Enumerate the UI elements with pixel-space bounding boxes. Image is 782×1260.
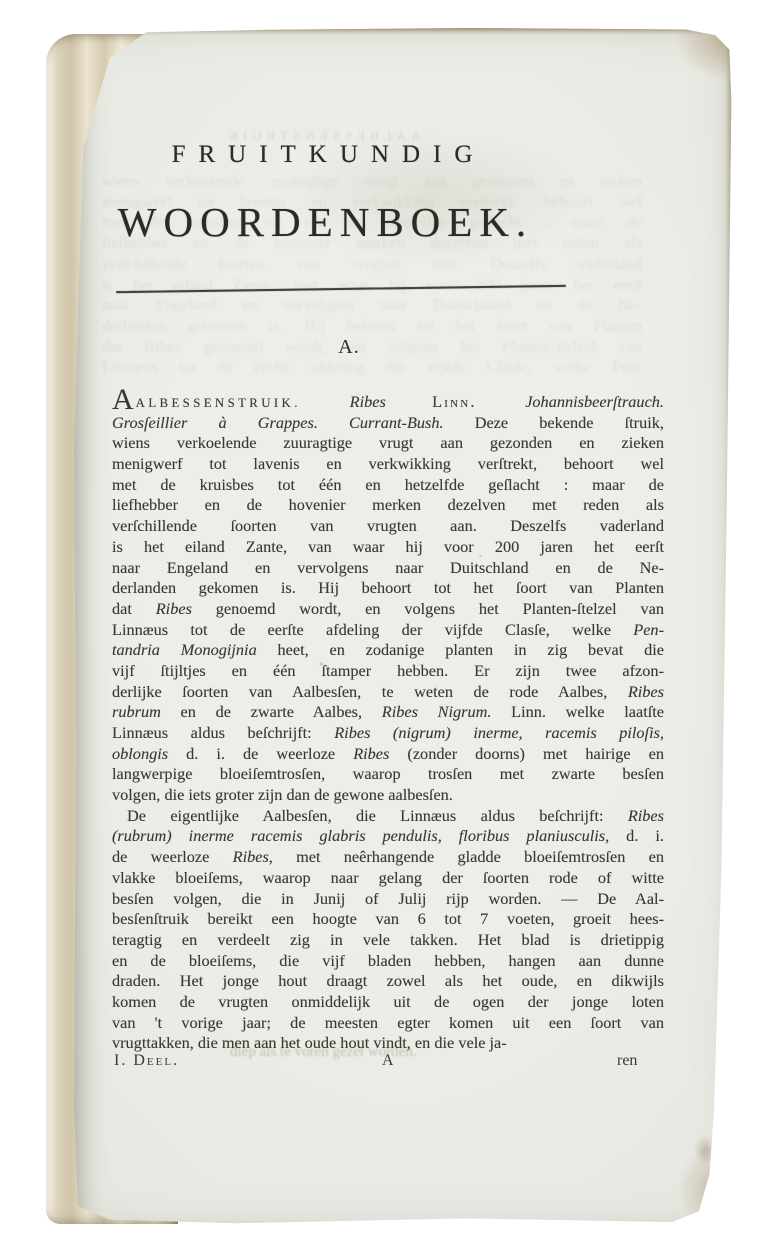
text-line: is het eiland Zante, van waar hij voor 2… xyxy=(112,537,664,558)
text-line: dat Ribes genoemd wordt, en volgens het … xyxy=(112,599,664,620)
entry-word: ALBESSENSTRUIK. xyxy=(136,396,350,410)
italic-text: Ribes xyxy=(350,392,432,411)
volume-label: I. Deel. xyxy=(114,1052,179,1070)
text-line: teragtig en verdeelt zig in vele takken.… xyxy=(112,930,664,951)
text-line: vrugttakken, die men aan het oude hout v… xyxy=(112,1033,664,1054)
text-line: liefhebber en de hovenier merken dezelve… xyxy=(112,495,664,516)
text-line: wiens verkoelende zuuragtige vrugt aan g… xyxy=(112,433,664,454)
text-line: draden. Het jonge hout draagt zowel als … xyxy=(112,971,664,992)
text-segment: volgen, die iets groter zijn dan de gewo… xyxy=(112,785,453,804)
text-segment: naar Engeland en vervolgens naar Duitsch… xyxy=(112,558,664,577)
italic-text: rubrum xyxy=(112,702,161,721)
section-heading: A. xyxy=(70,336,574,359)
text-line: derlanden gekomen is. Hij behoort tot he… xyxy=(112,578,664,599)
text-segment: (zonder doorns) met hairige en xyxy=(389,744,664,763)
italic-text: Ribes xyxy=(628,682,664,701)
italic-text: oblongis xyxy=(112,744,168,763)
text-segment: derlijke ſoorten van Aalbesſen, te weten… xyxy=(112,682,628,701)
text-segment: teragtig en verdeelt zig in vele takken.… xyxy=(112,930,664,949)
text-line: Grosſeillier à Grappes. Currant-Bush. De… xyxy=(112,413,664,434)
italic-text: Ribes xyxy=(628,806,664,825)
text-segment: en de zwarte Aalbes, xyxy=(161,702,382,721)
italic-text: Ribes Nigrum. xyxy=(382,702,492,721)
text-line: met de kruisbes tot één en hetzelfde geſ… xyxy=(112,475,664,496)
text-line: oblongis d. i. de weerloze Ribes (zonder… xyxy=(112,744,664,765)
italic-text: tandria Monogijnia xyxy=(112,640,257,659)
text-segment: verſchillende ſoorten van vrugten aan. D… xyxy=(112,516,664,535)
showthrough-line: naar Engeland en vervolgens naar Duitsch… xyxy=(102,295,642,316)
showthrough-line: wiens verkoelende zuuragtige vrugt aan g… xyxy=(102,171,642,192)
italic-text: Johannisbeerſtrauch. xyxy=(525,392,664,411)
text-segment: , d. i. xyxy=(605,826,664,845)
text-segment: de weerloze xyxy=(112,847,233,866)
text-segment: d. i. de weerloze xyxy=(168,744,353,763)
text-segment: genoemd wordt, en volgens het Planten-ſt… xyxy=(192,599,664,618)
text-segment: De eigentlijke Aalbesſen, die Linnæus al… xyxy=(127,806,628,825)
text-segment: , met neêrhangende gladde bloeiſemtrosſe… xyxy=(269,847,664,866)
text-segment: vrugttakken, die men aan het oude hout v… xyxy=(112,1033,507,1052)
text-segment: Deze bekende ſtruik, xyxy=(475,413,664,432)
showthrough-line: derlanden gekomen is. Hij behoort tot he… xyxy=(102,316,642,337)
text-line: De eigentlijke Aalbesſen, die Linnæus al… xyxy=(112,806,664,827)
italic-text: Grosſeillier à Grappes. Currant-Bush. xyxy=(112,413,475,432)
text-segment: vijf ſtijltjes en één ſtamper hebben. Er… xyxy=(112,661,664,680)
text-segment: dat xyxy=(112,599,156,618)
text-line: rubrum en de zwarte Aalbes, Ribes Nigrum… xyxy=(112,702,664,723)
italic-text: Ribes (nigrum) inerme, racemis piloſis, xyxy=(334,723,664,742)
text-line: vlakke bloeiſems, waarop naar gelang der… xyxy=(112,868,664,889)
italic-text: Ribes xyxy=(156,599,192,618)
text-line: menigwerf tot lavenis en verkwikking ver… xyxy=(112,454,664,475)
text-segment: Linn. welke laatſte xyxy=(491,702,664,721)
text-line: en de bloeiſems, die vijf bladen hebben,… xyxy=(112,951,664,972)
signature-mark: A xyxy=(382,1052,394,1070)
italic-text: Ribes xyxy=(353,744,389,763)
italic-text: Ribes xyxy=(233,847,269,866)
text-segment: met de kruisbes tot één en hetzelfde geſ… xyxy=(112,475,664,494)
text-segment: langwerpige bloeiſemtrosſen, waarop tros… xyxy=(112,764,664,783)
text-segment: Linnæus tot de eerſte afdeling der vijfd… xyxy=(112,620,633,639)
page-footer: I. Deel. A ren xyxy=(112,1052,664,1074)
body-text: AALBESSENSTRUIK. Ribes Linn. Johannisbee… xyxy=(112,392,664,1054)
text-line: (rubrum) inerme racemis glabris pendulis… xyxy=(112,826,664,847)
text-line: komen de vrugten onmiddelijk uit de ogen… xyxy=(112,992,664,1013)
author-abbrev: Linn. xyxy=(432,392,525,411)
initial-capital: A xyxy=(112,383,136,416)
text-line: langwerpige bloeiſemtrosſen, waarop tros… xyxy=(112,764,664,785)
text-segment: Linnæus aldus beſchrijft: xyxy=(112,723,334,742)
book-title-line2: WOORDENBOEK. xyxy=(70,198,574,246)
text-line: derlijke ſoorten van Aalbesſen, te weten… xyxy=(112,682,664,703)
text-line: besſen volgen, die in Junij of Julij rij… xyxy=(112,889,664,910)
text-segment: besſen volgen, die in Junij of Julij rij… xyxy=(112,889,664,908)
showthrough-line: verſchillende ſoorten van vrugten aan. D… xyxy=(102,254,642,275)
text-segment: besſenſtruik bereikt een hoogte van 6 to… xyxy=(112,909,664,928)
italic-text: Pen- xyxy=(633,620,664,639)
text-line: Linnæus tot de eerſte afdeling der vijfd… xyxy=(112,620,664,641)
text-line: van 't vorige jaar; de meesten egter kom… xyxy=(112,1013,664,1034)
text-segment: derlanden gekomen is. Hij behoort tot he… xyxy=(112,578,664,597)
showthrough-line: Linnæus tot de eerſte afdeling der vijfd… xyxy=(102,357,642,378)
text-line: verſchillende ſoorten van vrugten aan. D… xyxy=(112,516,664,537)
book-photo: AALBESSENSTRUIK wiens verkoelende zuurag… xyxy=(0,0,782,1260)
text-segment: is het eiland Zante, van waar hij voor 2… xyxy=(112,537,664,556)
text-segment: menigwerf tot lavenis en verkwikking ver… xyxy=(112,454,664,473)
text-segment: komen de vrugten onmiddelijk uit de ogen… xyxy=(112,992,664,1011)
text-segment: en de bloeiſems, die vijf bladen hebben,… xyxy=(112,951,664,970)
catchword: ren xyxy=(617,1052,637,1070)
book-page: AALBESSENSTRUIK wiens verkoelende zuurag… xyxy=(70,28,732,1228)
text-segment: vlakke bloeiſems, waarop naar gelang der… xyxy=(112,868,664,887)
text-line: de weerloze Ribes, met neêrhangende glad… xyxy=(112,847,664,868)
text-segment: wiens verkoelende zuuragtige vrugt aan g… xyxy=(112,433,664,452)
book-title-line1: FRUITKUNDIG xyxy=(70,141,574,169)
text-line: naar Engeland en vervolgens naar Duitsch… xyxy=(112,558,664,579)
text-segment: liefhebber en de hovenier merken dezelve… xyxy=(112,495,664,514)
text-segment: van 't vorige jaar; de meesten egter kom… xyxy=(112,1013,664,1032)
text-line: vijf ſtijltjes en één ſtamper hebben. Er… xyxy=(112,661,664,682)
text-line: Linnæus aldus beſchrijft: Ribes (nigrum)… xyxy=(112,723,664,744)
text-segment: heet, en zodanige planten in zig bevat d… xyxy=(257,640,664,659)
text-line: tandria Monogijnia heet, en zodanige pla… xyxy=(112,640,664,661)
italic-text: (rubrum) inerme racemis glabris pendulis… xyxy=(112,826,605,845)
text-line: besſenſtruik bereikt een hoogte van 6 to… xyxy=(112,909,664,930)
text-line: AALBESSENSTRUIK. Ribes Linn. Johannisbee… xyxy=(112,392,664,413)
text-segment: draden. Het jonge hout draagt zowel als … xyxy=(112,971,664,990)
text-line: volgen, die iets groter zijn dan de gewo… xyxy=(112,785,664,806)
